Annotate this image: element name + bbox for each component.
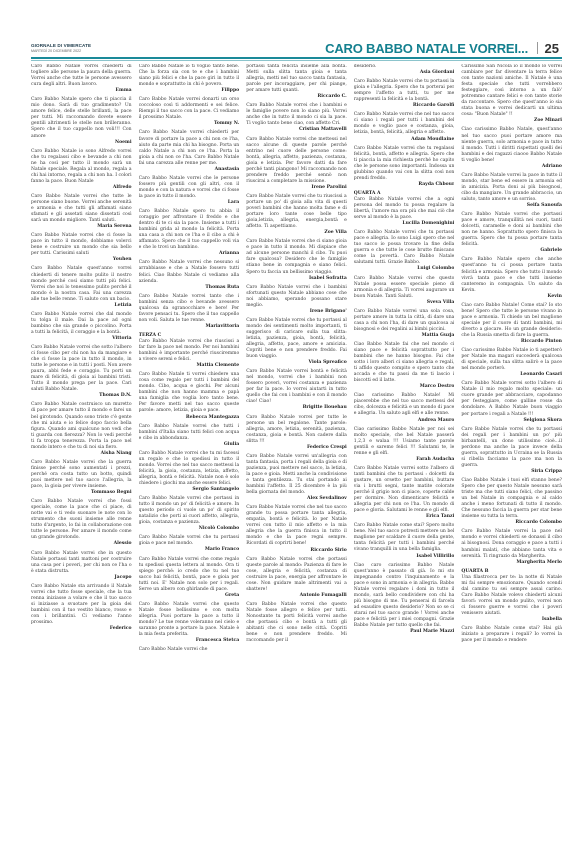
letter-text: Caro Babbo Natale come stai? Spero molto… (354, 523, 455, 553)
letter-text: Ciao Babbo Natale i tuoi elfi stanno ben… (461, 478, 562, 520)
letter-text: Caro Babbo Natale vorrei che tu portassi… (246, 318, 347, 360)
letter: Caro Babbo Natale vorrei che sotto l'alb… (31, 345, 132, 399)
letter-signature: Brigitte Ilouehau (246, 405, 347, 411)
letter-text: Caro Babbo Natale costruisco un muretto … (31, 402, 132, 450)
letter-text: Caro Babbo Natale vorrei che portassi in… (139, 496, 240, 526)
letter: Caro Babbo Natale spero che ti piaccia i… (31, 97, 132, 145)
letter-text: Caro Babbo Natale vorrei la pace nel mon… (461, 529, 562, 559)
letter-signature: Leonardo Casari (461, 372, 562, 378)
letter-text: Caro Babbo Natale vorrei che tu portassi… (139, 535, 240, 547)
letter-text: Caro Babbo Natale vorrei che ci fosse la… (31, 233, 132, 257)
letter-text: Caro Babbo Natale vorrei che le persone … (139, 176, 240, 200)
letter: Caro Babbo Natale vorrei che tu regalass… (354, 146, 455, 188)
letter-signature: Adriano (461, 164, 562, 170)
letter: Caro Babbo Natale vorrei che tu mi faces… (139, 451, 240, 493)
letter-signature: Farah Audacha (354, 457, 455, 463)
letter: Carissimo San Nicola io il mondo lo vorr… (461, 64, 562, 124)
letter-text: Caro Babbo Natale vorrei che dal mondo t… (31, 312, 132, 336)
letter-text: portassi tanta felicità insieme alla bon… (246, 64, 347, 94)
page-number: 25 (545, 41, 559, 56)
letter-text: Ciao carissimo Babbo Natale per noi sei … (354, 427, 455, 457)
letter: Caro Babbo Natale vorrei che portassi pa… (461, 212, 562, 254)
letter-signature: Paul Marie Mazzi (354, 629, 455, 635)
letter-signature: Thomas D.N. (31, 393, 132, 399)
letter-signature: Irene Parolini (246, 185, 347, 191)
letter-signature: Luigi Colombo (354, 266, 455, 272)
letter-signature: Greta (139, 593, 240, 599)
letter: Caro Babbo Natale sta arrivando il Natal… (31, 584, 132, 632)
page-header: GIORNALE DI VIMERCATE MARTEDÌ 20 DICEMBR… (31, 40, 562, 60)
letter-signature: Margherita Merlo (461, 560, 562, 566)
article-columns: Caro Babbo Natale vorrei chiederti di to… (31, 64, 562, 834)
letter-signature: Rayda Chbour (354, 182, 455, 188)
letter-text: Caro Babbo Natale vorrei che fossi speci… (31, 499, 132, 541)
letter: Ciao Babbo Natale i tuoi elfi stanno ben… (461, 478, 562, 526)
letter-text: Caro Babbo Natale vorrei che ci siano gi… (246, 239, 347, 275)
letter-text: Caro Babbo Natale vorrei che questo Nata… (354, 276, 455, 300)
letter-signature: Rebecca Mantegazza (139, 415, 240, 421)
letter-signature: Kevin (461, 294, 562, 300)
letter: QUARTA BUna filastrocca per te: la notte… (461, 569, 562, 623)
letter: Caro Babbo Natale io sono Alfredo vorrei… (31, 149, 132, 191)
letter-signature: Andrea Mauro (354, 418, 455, 424)
letter-text: Caro Babbo Natale vorrei che questo Nata… (139, 602, 240, 638)
letter-text: Ciao Babbo Natale fai che nel mondo ci s… (354, 342, 455, 384)
letter-signature: Riccardo Garolfi (354, 103, 455, 109)
letter-text: Caro Babbo Natale vorrei che tu portassi… (354, 79, 455, 103)
letter-signature: Maria Serena (31, 224, 132, 230)
letter-text: Ciao caro Babbo Natale! Come stai? Io st… (461, 303, 562, 339)
letter-text: Caro Babbo Natale quest'anno vorrei chie… (31, 266, 132, 302)
letter: Ciao carissimo Babbo Natale, quest'anno … (461, 127, 562, 169)
letter: desiderio.Asia Giordani (354, 64, 455, 76)
letter: Ciao caro Babbo Natale! Come stai? Io st… (461, 303, 562, 345)
letter: Ciao caro carissimo Babbo Natale quest'a… (354, 563, 455, 636)
letter: Caro Babbo Natale vorrei che mettessi ne… (246, 137, 347, 191)
letter-text: Caro Babbo Natale spero tu abbia il cora… (139, 209, 240, 251)
letter: Caro Babbo Natale vorrei che ci fosse la… (31, 233, 132, 263)
letter-text: Caro Babbo Natale vorrei sotto l'albero … (461, 381, 562, 417)
header-rule-thin (31, 60, 562, 61)
letter-text: Caro Babbo Natale vorrei bontà e felicit… (246, 369, 347, 405)
letter-text: Caro Babbo Natale spero che anche quest'… (461, 257, 562, 293)
letter-text: Caro Babbo Natale vorrei che come regalo… (139, 557, 240, 593)
letter-signature: Lara (139, 200, 240, 206)
letter: Caro Babbo Natale vorrei la pace in tutt… (461, 173, 562, 209)
letter-text: Caro Babbo Natale vorrei che tu portassi… (354, 230, 455, 266)
letter-signature: Emma (31, 88, 132, 94)
letter-text: Caro Babbo Natale io sono Alfredo vorrei… (31, 149, 132, 185)
column-2: Caro Babbo Natale io ti voglio tanto ben… (139, 64, 240, 834)
letter: Caro Babbo Natale vorrei che tutte le pe… (31, 194, 132, 230)
letter-text: Ciao carissimo Babbo Natale, quest'anno … (461, 127, 562, 163)
letter-signature: Zoe Villa (246, 230, 347, 236)
letter: Caro Babbo Natale vorrei che portassi in… (139, 496, 240, 532)
letter-text: Carissimo San Nicola io il mondo lo vorr… (461, 64, 562, 118)
letter: Caro Babbo Natale vorrei che questo Nata… (246, 602, 347, 644)
column-4: desiderio.Asia GiordaniCaro Babbo Natale… (354, 64, 455, 834)
letter-text: Ciao caro carissimo Babbo Natale quest'a… (354, 563, 455, 630)
letter: Ciao carissimo Babbo Natale io ti aspett… (461, 348, 562, 378)
letter-signature: Giulia (139, 442, 240, 448)
letter: Caro Babbo Natale vorrei che (139, 647, 240, 653)
issue-date: MARTEDÌ 20 DICEMBRE 2022 (31, 49, 81, 53)
letter: Caro Babbo Natale vorrei per tutte le pe… (246, 415, 347, 451)
letter-signature: Federico (31, 626, 132, 632)
letter: Caro Babbo Natale vorrei sotto l'albero … (354, 466, 455, 520)
letter: Ciao carissimo Babbo Natale! Mi piacereb… (354, 393, 455, 423)
letter-signature: Cristian Mattavelli (246, 127, 347, 133)
letter-signature: Isabel Villirillo (354, 554, 455, 560)
letter: Caro Babbo Natale spero tu abbia il cora… (139, 209, 240, 257)
letter-text: Caro Babbo Natale vorrei che tutte le pe… (31, 194, 132, 224)
letter-signature: Thomas Ruta (139, 285, 240, 291)
letter: Caro Babbo Natale vorrei bontà e felicit… (246, 369, 347, 411)
letter: Caro Babbo Natale vorrei donarti un orso… (139, 97, 240, 127)
letter-text: Caro Babbo Natale vorrei che portassi pa… (461, 212, 562, 248)
column-3: portassi tanta felicità insieme alla bon… (246, 64, 347, 834)
section-title: CARO BABBO NATALE VORREI... (325, 41, 528, 56)
header-separator (537, 42, 538, 54)
letter-text: Caro Babbo Natale vorrei chiederti per f… (139, 130, 240, 166)
letter-text: Caro Babbo Natale ti vorrei chiedere una… (139, 372, 240, 414)
letter-text: Caro Babbo Natale vorrei chiederti di to… (31, 64, 132, 88)
letter-signature: Alex Sevdalinov (246, 496, 347, 502)
letter: QUARTA ACaro Babbo Natale vorrei che a o… (354, 191, 455, 227)
letter: Caro Babbo Natale come stai? Spero molto… (354, 523, 455, 559)
letter-text: Caro Babbo Natale vorrei sotto l'albero … (354, 466, 455, 514)
letter-signature: Irene Brigano' (246, 309, 347, 315)
letter-text: Ciao carissimo Babbo Natale! Mi piacereb… (354, 393, 455, 417)
letter-text: Caro Babbo Natale vorrei che nel tuo sac… (354, 112, 455, 136)
letter-signature: Isabella (461, 617, 562, 623)
letter-signature: Alessio (31, 541, 132, 547)
letter-signature: Jacopo (31, 575, 132, 581)
letter-signature: Alfredo (31, 185, 132, 191)
letter: Caro Babbo Natale vorrei che tu portassi… (461, 427, 562, 475)
letter: Caro Babbo Natale vorrei che ci siano gi… (246, 239, 347, 281)
letter-text: Caro Babbo Natale sta arrivando il Natal… (31, 584, 132, 626)
letter: Caro Babbo Natale vorrei che questo Nata… (354, 276, 455, 306)
letter-signature: Siria Crippa (461, 469, 562, 475)
letter: Caro Babbo Natale vorrei che tu portassi… (354, 79, 455, 109)
letter: Caro Babbo Natale io ti voglio tanto ben… (139, 64, 240, 94)
letter-text: Caro Babbo Natale vorrei per tutte le pe… (246, 415, 347, 445)
letter-text: Ciao carissimo Babbo Natale io ti aspett… (461, 348, 562, 372)
letter-signature: Aisha Niang (31, 451, 132, 457)
letter: Caro Babbo Natale vorrei che in questo N… (31, 551, 132, 581)
letter-signature: Vittoria (31, 336, 132, 342)
letter-signature: Youhen (31, 257, 132, 263)
letter: Caro Babbo Natale vorrei sotto l'albero … (461, 381, 562, 423)
letter-signature: Filippo (139, 88, 240, 94)
letter-signature: Mattia Guzja (354, 333, 455, 339)
letter-signature: Isabel Sofratta (246, 276, 347, 282)
letter: Caro Babbo Natale vorrei chiederti per f… (139, 130, 240, 172)
letter-text: Caro Babbo Natale vorrei una sola cosa, … (354, 309, 455, 333)
letter-text: Caro Babbo Natale vorrei un'allegria con… (246, 454, 347, 496)
letter-text: Caro Babbo Natale vorrei che tutti i bam… (139, 424, 240, 442)
letter-signature: Zoe Minari (461, 118, 562, 124)
letter-text: Caro Babbo Natale vorrei che i bambini e… (246, 103, 347, 127)
letter: Caro Babbo Natale vorrei che portassi qu… (246, 557, 347, 599)
letter: Caro Babbo Natale vorrei che tu riusciss… (246, 194, 347, 236)
letter-signature: Tommaso Begni (31, 490, 132, 496)
letter-signature: Riccardo Sirio (246, 548, 347, 554)
letter-signature: Nicolò Colombo (139, 526, 240, 532)
letter-signature: Sveva Villa (354, 300, 455, 306)
letter-text: Caro Babbo Natale vorrei che tu riusciss… (246, 194, 347, 230)
letter-signature: Seifa Sanoufa (461, 203, 562, 209)
newspaper-page: GIORNALE DI VIMERCATE MARTEDÌ 20 DICEMBR… (31, 0, 562, 842)
letter-text: Caro Babbo Natale vorrei che i bambini s… (246, 285, 347, 309)
letter: Caro Babbo Natale vorrei la pace nel mon… (461, 529, 562, 565)
letter-text: Caro Babbo Natale vorrei donarti un orso… (139, 97, 240, 121)
letter: Caro Babbo Natale vorrei che tu portassi… (246, 318, 347, 366)
letter: Caro Babbo Natale vorrei che nel tuo sac… (354, 112, 455, 142)
letter-text: Caro Babbo Natale come stai? Hai già ini… (461, 626, 562, 644)
letter-text: Caro Babbo Natale io ti voglio tanto ben… (139, 64, 240, 88)
letter-signature: Viola Spreafico (246, 360, 347, 366)
letter: Ciao carissimo Babbo Natale per noi sei … (354, 427, 455, 463)
letter-signature: Antonio Fumagalli (246, 593, 347, 599)
letter: Ciao Babbo Natale fai che nel mondo ci s… (354, 342, 455, 390)
letter: Caro Babbo Natale vorrei che i bambini s… (246, 285, 347, 315)
letter-signature: Selgiona Skora (461, 418, 562, 424)
letter-text: Caro Babbo Natale vorrei che tu regalass… (354, 146, 455, 182)
letter: Caro Babbo Natale vorrei tanto che i bam… (139, 294, 240, 330)
letter-signature: Lucilla Domenighini (354, 221, 455, 227)
letter-signature: Adam Moudlaine (354, 137, 455, 143)
letter-text: Caro Babbo Natale vorrei che tu mi faces… (139, 451, 240, 487)
letter-text: Una filastrocca per te: la notte di Nata… (461, 575, 562, 617)
letter-signature: Marco Destro (354, 384, 455, 390)
letter: Caro Babbo Natale vorrei che tu portassi… (139, 535, 240, 553)
letter: Caro Babbo Natale vorrei che questo Nata… (139, 602, 240, 644)
letter-text: Caro Babbo Natale vorrei tanto che i bam… (139, 294, 240, 324)
letter-text: Caro Babbo Natale vorrei che tu portassi… (461, 427, 562, 469)
letter-signature: Riccardo Colombo (461, 520, 562, 526)
letter: Caro Babbo Natale vorrei che come regalo… (139, 557, 240, 599)
letter: Caro Babbo Natale vorrei chiederti di to… (31, 64, 132, 94)
letter: Caro Babbo Natale vorrei che tutti i bam… (139, 424, 240, 448)
letter-signature: Asia Giordani (354, 70, 455, 76)
letter-signature: Arianna (139, 251, 240, 257)
letter-signature: Erica Tanzi (354, 514, 455, 520)
letter-signature: Gabriele (461, 248, 562, 254)
letter-signature: Mariavittoria (139, 324, 240, 330)
letter: Caro Babbo Natale vorrei che dal mondo t… (31, 312, 132, 342)
letter: Caro Babbo Natale vorrei che tu portassi… (354, 230, 455, 272)
letter-text: Caro Babbo Natale vorrei che la guerra f… (31, 460, 132, 490)
letter: Caro Babbo Natale ti vorrei chiedere una… (139, 372, 240, 420)
letter-text: Caro Babbo Natale vorrei che sotto l'alb… (31, 345, 132, 393)
letter: Caro Babbo Natale costruisco un muretto … (31, 402, 132, 456)
letter: Caro Babbo Natale vorrei che le persone … (139, 176, 240, 206)
letter-signature: Letizia (31, 303, 132, 309)
letter-signature: Mattia Clemente (139, 363, 240, 369)
letter-text: Caro Babbo Natale spero che ti piaccia i… (31, 97, 132, 139)
letter-text: Caro Babbo Natale vorrei che questo Nata… (246, 602, 347, 644)
letter-text: Caro Babbo Natale vorrei che riuscissi a… (139, 339, 240, 363)
letter-signature: Anastasia (139, 167, 240, 173)
letter-text: Caro Babbo Natale vorrei che a ogni pers… (354, 197, 455, 221)
letter-text: Caro Babbo Natale vorrei la pace in tutt… (461, 173, 562, 203)
letter: Caro Babbo Natale quest'anno vorrei chie… (31, 266, 132, 308)
letter-text: Caro Babbo Natale vorrei che nel tuo sac… (246, 505, 347, 547)
letter: Caro Babbo Natale vorrei che nessuno si … (139, 260, 240, 290)
newspaper-name: GIORNALE DI VIMERCATE (31, 43, 91, 48)
letter-text: Caro Babbo Natale vorrei che (139, 647, 240, 653)
letter-text: Caro Babbo Natale vorrei che nessuno si … (139, 260, 240, 284)
letter-text: Caro Babbo Natale vorrei che in questo N… (31, 551, 132, 575)
letter-signature: Francesca Stetca (139, 638, 240, 644)
letter-text: Caro Babbo Natale vorrei che portassi qu… (246, 557, 347, 593)
letter-signature: Noemi (31, 140, 132, 146)
letter: Caro Babbo Natale spero che anche quest'… (461, 257, 562, 299)
letter-signature: Federico Crespi (246, 445, 347, 451)
letter-signature: Mario Franco (139, 547, 240, 553)
letter: Caro Babbo Natale vorrei che la guerra f… (31, 460, 132, 496)
letter: Caro Babbo Natale vorrei che i bambini e… (246, 103, 347, 133)
column-1: Caro Babbo Natale vorrei chiederti di to… (31, 64, 132, 834)
letter-text: Caro Babbo Natale vorrei che mettessi ne… (246, 137, 347, 185)
letter-signature: Riccardo C. (246, 94, 347, 100)
letter: portassi tanta felicità insieme alla bon… (246, 64, 347, 100)
letter-signature: Sergio Santangelo (139, 487, 240, 493)
letter: Caro Babbo Natale vorrei che nel tuo sac… (246, 505, 347, 553)
letter: Caro Babbo Natale come stai? Hai già ini… (461, 626, 562, 644)
letter: TERZA CCaro Babbo Natale vorrei che rius… (139, 333, 240, 369)
letter: Caro Babbo Natale vorrei un'allegria con… (246, 454, 347, 502)
letter: Caro Babbo Natale vorrei una sola cosa, … (354, 309, 455, 339)
letter-signature: Tommy N. (139, 121, 240, 127)
header-rule (31, 57, 562, 59)
letter: Caro Babbo Natale vorrei che fossi speci… (31, 499, 132, 547)
letter-signature: Riccardo Pinton (461, 339, 562, 345)
column-5: Carissimo San Nicola io il mondo lo vorr… (461, 64, 562, 834)
